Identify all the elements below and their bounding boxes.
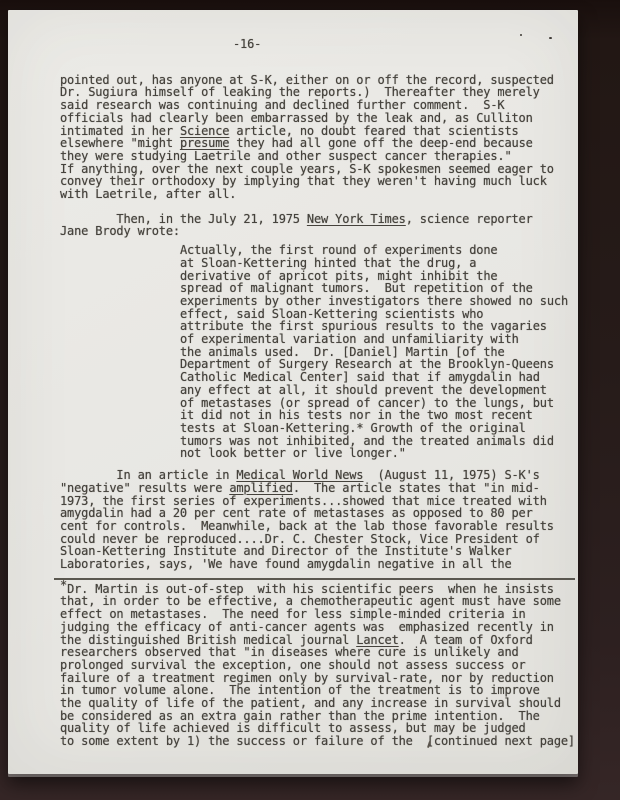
footnote-dr-martin: *Dr. Martin is out-of-step with his scie… xyxy=(60,583,568,748)
footnote-separator xyxy=(54,578,575,580)
page-number: -16- xyxy=(60,38,568,51)
document-page: -16- pointed out, has anyone at S-K, eit… xyxy=(8,10,578,774)
paper-speck xyxy=(520,34,522,36)
paragraph-nyt-intro: Then, in the July 21, 1975 New York Time… xyxy=(60,213,568,238)
paragraph-medical-world-news: In an article in Medical World News (Aug… xyxy=(60,469,568,571)
typewritten-text-column: -16- pointed out, has anyone at S-K, eit… xyxy=(8,10,578,748)
paper-speck xyxy=(549,37,552,39)
photo-background: { "page": { "number": "-16-" }, "colors"… xyxy=(0,0,620,800)
brody-blockquote: Actually, the first round of experiments… xyxy=(180,244,568,460)
paragraph-leak-suspicions: pointed out, has anyone at S-K, either o… xyxy=(60,74,568,201)
